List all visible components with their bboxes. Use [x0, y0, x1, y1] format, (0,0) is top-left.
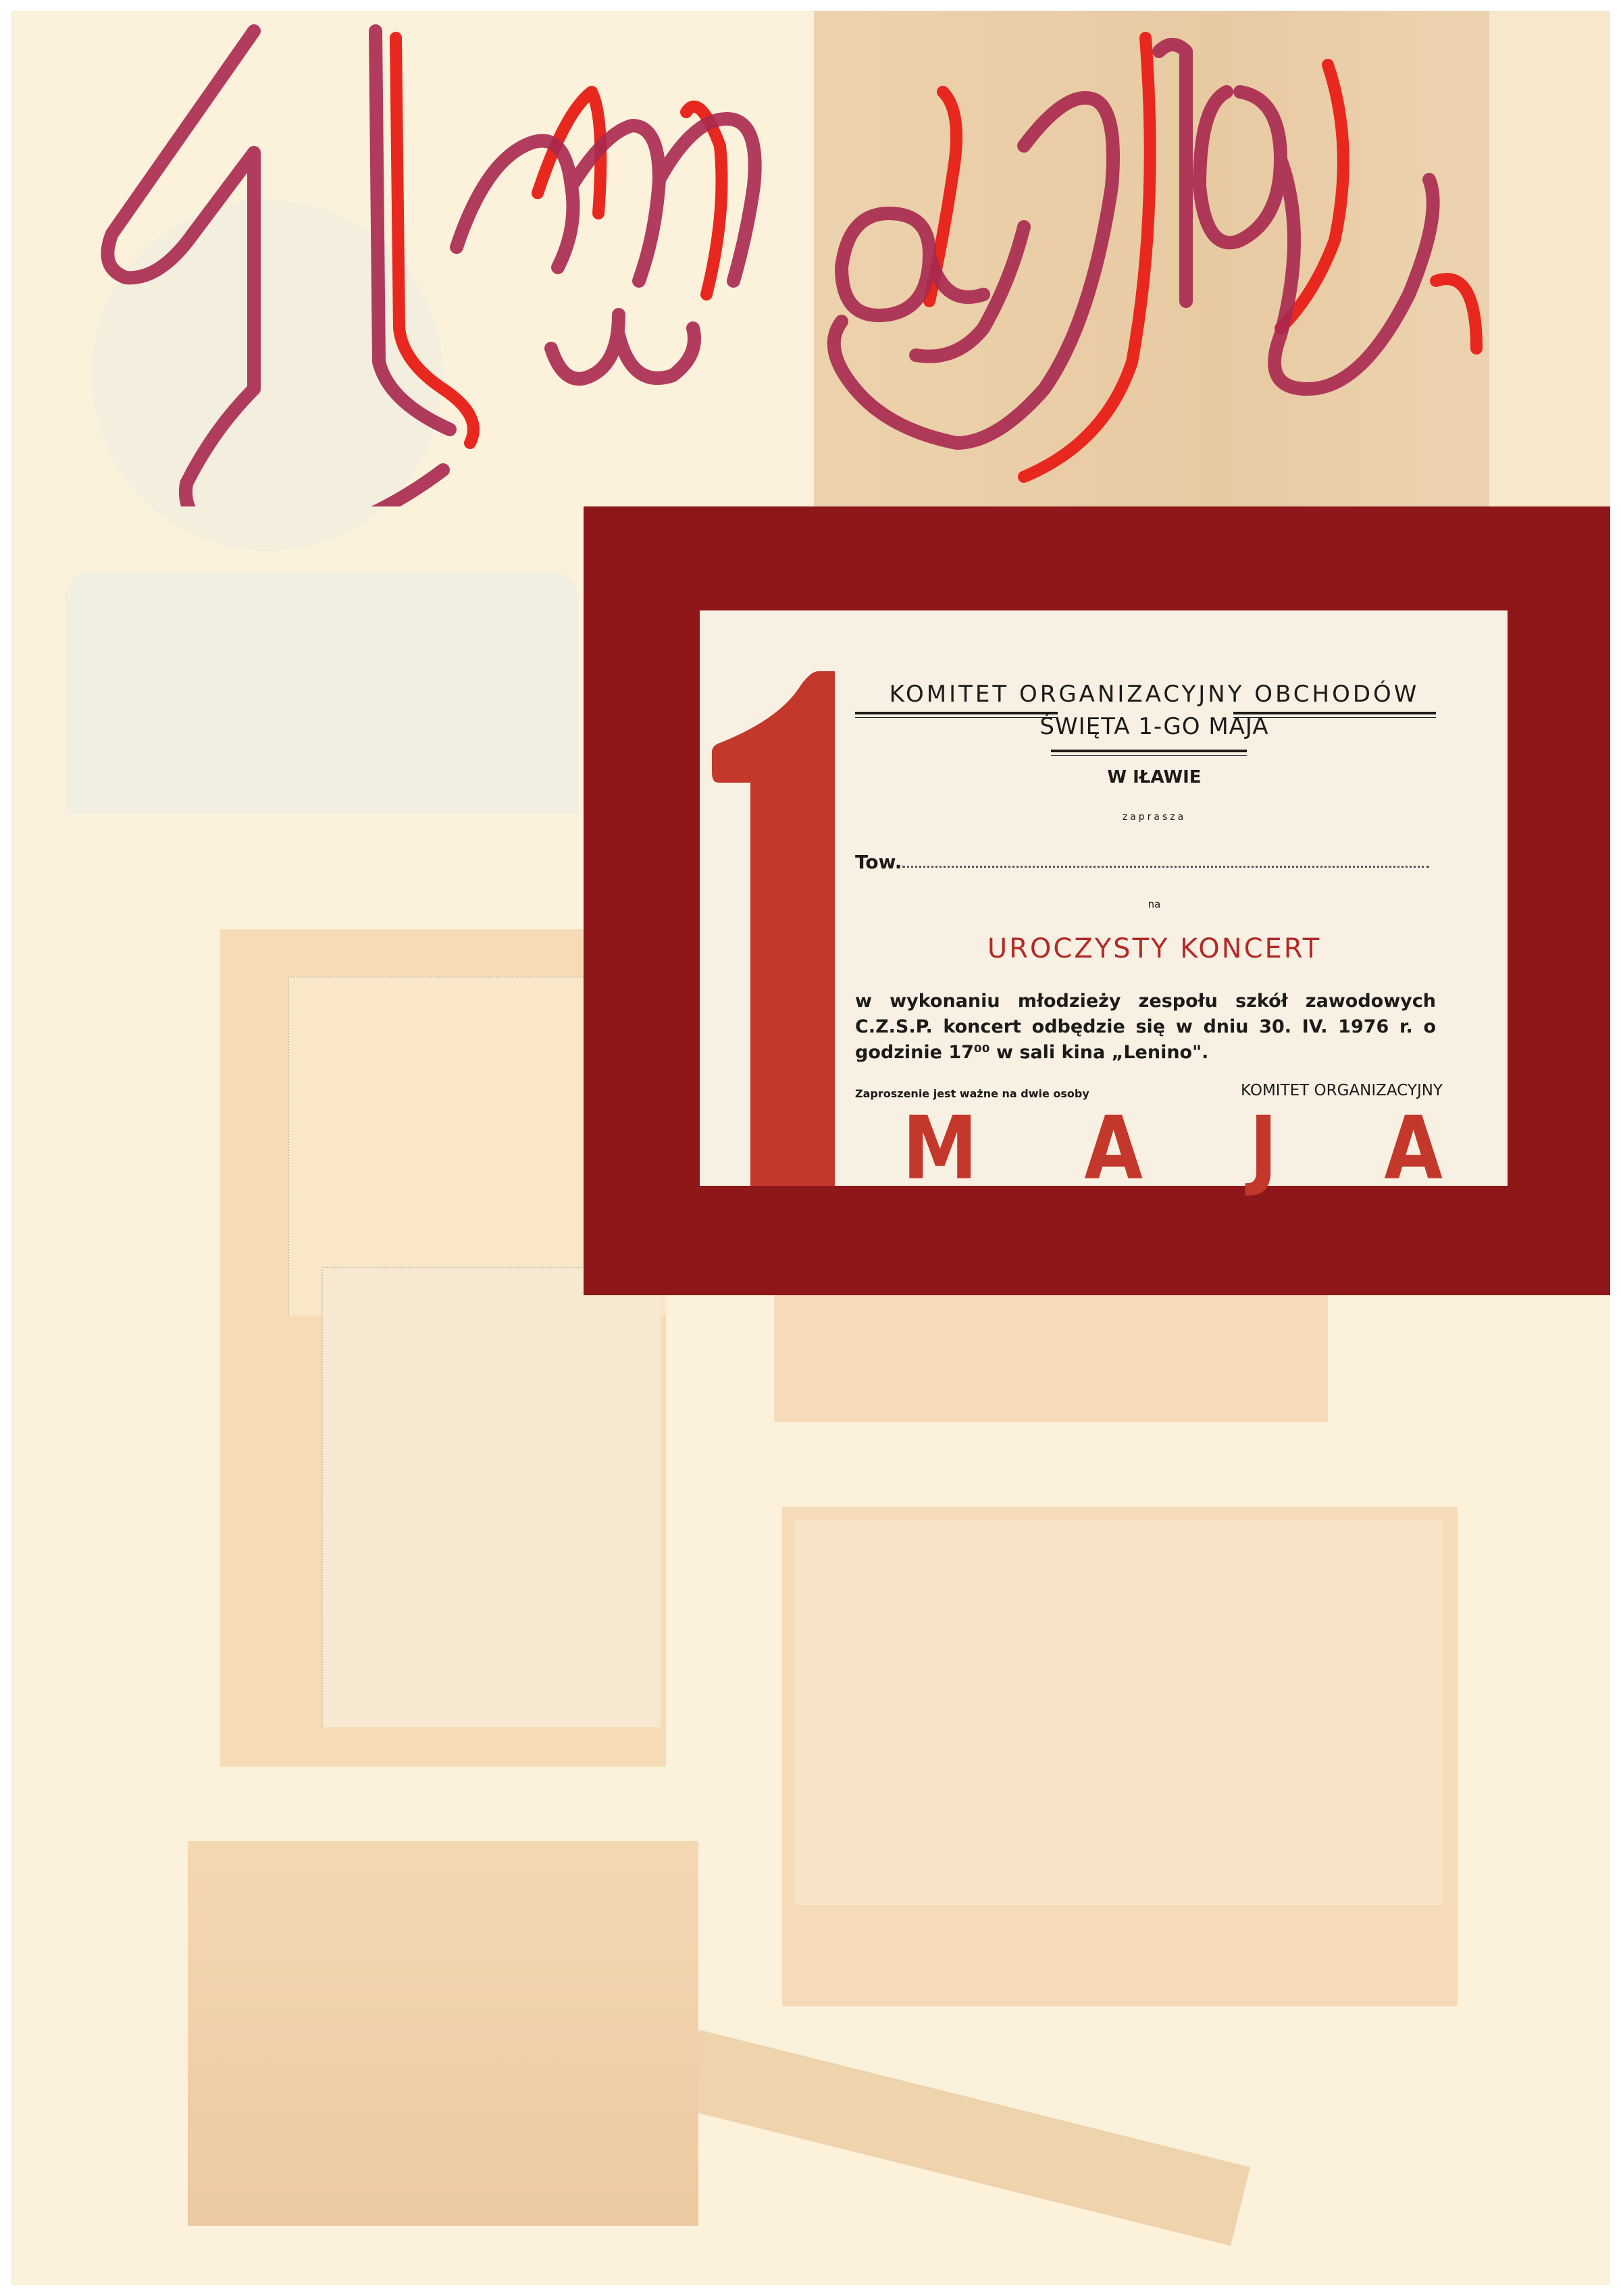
city-line: W IŁAWIE — [848, 767, 1460, 787]
invites-word: zaprasza — [848, 812, 1460, 823]
scrapbook-page: KOMITET ORGANIZACYJNY OBCHODÓW ŚWIĘTA 1-… — [11, 11, 1610, 2285]
signature: KOMITET ORGANIZACYJNY — [1241, 1082, 1443, 1099]
month-letter: J — [1250, 1106, 1278, 1192]
faded-wave-ghost — [65, 571, 578, 814]
month-word-maja: M A J A — [902, 1112, 1443, 1186]
header-rule-center-thin — [1051, 755, 1247, 756]
big-numeral-one — [700, 610, 835, 1186]
faded-photo-under-mat — [774, 1287, 1328, 1422]
header-line-1: KOMITET ORGANIZACYJNY OBCHODÓW — [848, 681, 1460, 708]
event-title: UROCZYSTY KONCERT — [848, 933, 1460, 964]
handwritten-title-1-maja — [11, 11, 1610, 506]
addressee-blank-line — [902, 866, 1429, 868]
event-details: w wykonaniu młodzieży zespołu szkół zawo… — [855, 989, 1436, 1066]
header-line-2: ŚWIĘTA 1-GO MAJA — [848, 713, 1460, 740]
faded-photo-bottom-left — [188, 1841, 698, 2226]
faded-photo-left-lower — [321, 1267, 661, 1727]
addressee-label: Tow. — [855, 851, 902, 873]
faded-photo-bottom-right-inner — [794, 1520, 1443, 1905]
month-letter: M — [902, 1106, 977, 1192]
faded-paper-strip — [680, 2030, 1250, 2246]
month-letter: A — [1084, 1106, 1143, 1192]
to-word: na — [848, 898, 1460, 910]
month-letter: A — [1384, 1106, 1443, 1192]
invitation-card: KOMITET ORGANIZACYJNY OBCHODÓW ŚWIĘTA 1-… — [700, 610, 1508, 1186]
header-rule-center — [1051, 750, 1247, 752]
